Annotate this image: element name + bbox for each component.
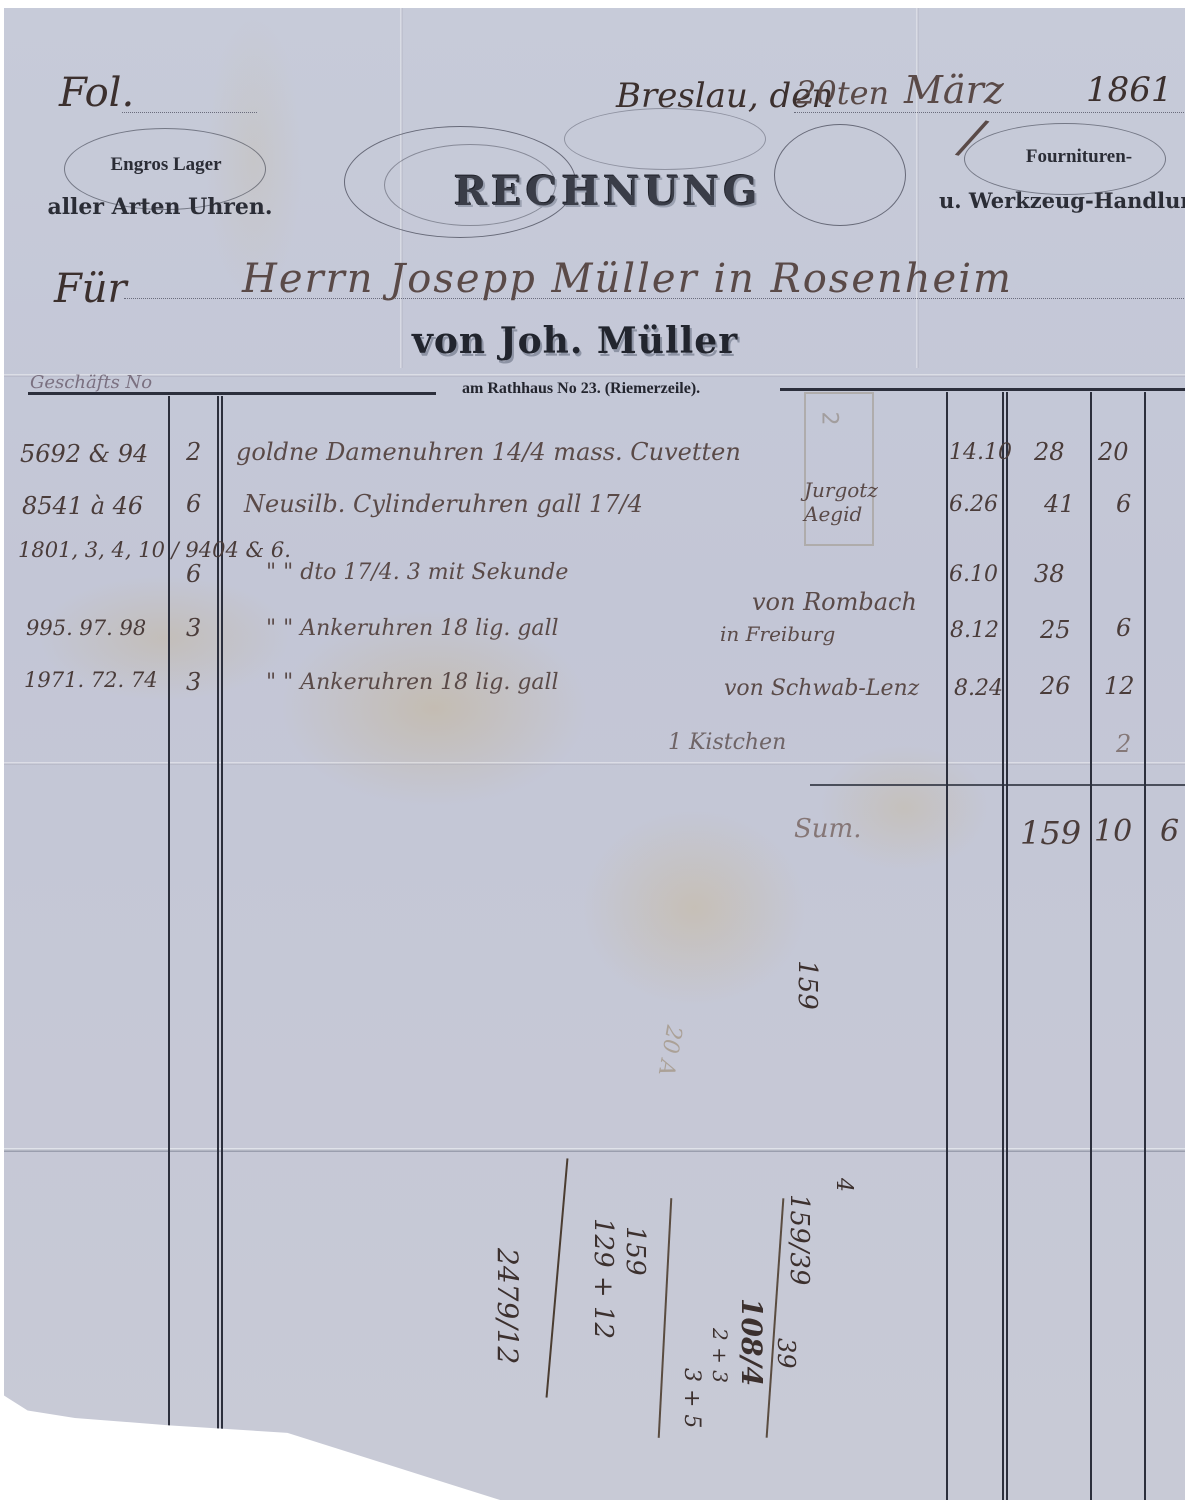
calc-note: 159: [620, 1226, 650, 1276]
folio-label: Fol.: [59, 70, 134, 116]
calc-note: 2 + 3: [708, 1328, 732, 1383]
flourish: [564, 108, 766, 170]
amount-thaler: 38: [1034, 560, 1065, 588]
supplier-note: von Rombach: [752, 588, 917, 616]
column-rule: [1090, 392, 1092, 1500]
emblem-right-line2: u. Werkzeug-Handlung.: [939, 188, 1185, 213]
calc-rule: [658, 1198, 672, 1438]
column-header-article-no: Geschäfts No: [30, 372, 152, 393]
quantity: 3: [186, 668, 201, 696]
unit-price: 8.12: [950, 618, 999, 643]
unit-price: 6.26: [949, 492, 998, 517]
amount-silbergroschen: 12: [1104, 672, 1135, 700]
total-pfennig: 6: [1160, 814, 1179, 849]
quantity: 6: [186, 490, 201, 518]
calc-rule: [546, 1158, 569, 1397]
article-no: 5692 & 94: [20, 440, 148, 468]
amount-thaler: 26: [1040, 672, 1071, 700]
date-day: 20ten: [796, 74, 889, 112]
unit-price: 14.10: [949, 440, 1012, 465]
amount-thaler: 41: [1044, 490, 1075, 518]
fold-line: [4, 374, 1185, 377]
quantity: 2: [186, 438, 201, 466]
description: " " Ankeruhren 18 lig. gall: [266, 616, 559, 641]
quantity: 3: [186, 614, 201, 642]
description: Neusilb. Cylinderuhren gall 17/4: [244, 490, 643, 518]
quantity: 6: [186, 560, 201, 588]
emblem-left-line1: Engros Lager: [76, 154, 256, 176]
supplier-note: von Schwab-Lenz: [724, 676, 919, 701]
amount-thaler: 28: [1034, 438, 1065, 466]
total-thaler: 159: [1020, 814, 1081, 852]
date-year: 1861: [1086, 70, 1173, 110]
date-line: [794, 112, 1185, 113]
description: goldne Damenuhren 14/4 mass. Cuvetten: [236, 438, 741, 466]
calc-note: 129 + 12: [588, 1218, 618, 1339]
recipient-name: Herrn Josepp Müller in Rosenheim: [242, 256, 1013, 302]
column-rule: [1006, 392, 1008, 1500]
supplier-note: in Freiburg: [720, 622, 835, 646]
description: 1 Kistchen: [668, 730, 786, 755]
column-rule: [1144, 392, 1146, 1500]
description: " " Ankeruhren 18 lig. gall: [266, 670, 559, 695]
amount-silbergroschen: 6: [1116, 490, 1131, 518]
vendor-name: von Joh. Müller: [412, 320, 738, 362]
amount-silbergroschen: 2: [1116, 730, 1131, 758]
unit-price: 8.24: [954, 676, 1003, 701]
calc-note: 39: [772, 1338, 800, 1369]
fold-line: [4, 762, 1185, 765]
stamp-mark: 2: [817, 412, 842, 426]
vendor-address: am Rathhaus No 23. (Riemerzeile).: [462, 380, 700, 398]
fold-line: [4, 1148, 1185, 1152]
folio-line: [122, 112, 257, 113]
calc-note: 2479/12: [491, 1248, 524, 1364]
article-no: 995. 97. 98: [26, 616, 146, 640]
unit-price: 6.10: [949, 562, 998, 587]
calc-rule: [766, 1198, 784, 1438]
article-no: 1801, 3, 4, 10 / 9404 & 6.: [18, 536, 291, 564]
date-month: März: [904, 68, 1004, 112]
amount-thaler: 25: [1040, 616, 1071, 644]
calc-note: 159/39: [784, 1194, 814, 1285]
header-rule: [780, 388, 1185, 391]
emblem-left-line2: aller Arten Uhren.: [42, 194, 278, 220]
column-rule: [946, 392, 948, 1500]
total-silbergroschen: 10: [1094, 814, 1132, 849]
total-rule: [810, 784, 1185, 786]
supplier-note: Jurgotz Aegid: [804, 478, 894, 526]
amount-silbergroschen: 20: [1098, 438, 1129, 466]
fold-line: [916, 8, 919, 368]
column-rule: [1002, 392, 1004, 1500]
margin-note: 159: [792, 960, 822, 1010]
pencil-note: 20 A: [653, 1023, 686, 1077]
document-title: RECHNUNG: [454, 168, 762, 215]
description: " " dto 17/4. 3 mit Sekunde: [266, 560, 568, 585]
flourish: [774, 124, 906, 226]
invoice-paper: Fol. Breslau, den 20ten März 1861 Engros…: [4, 8, 1185, 1500]
amount-silbergroschen: 6: [1116, 614, 1131, 642]
total-label: Sum.: [794, 814, 861, 844]
article-no: 1971. 72. 74: [24, 668, 158, 692]
emblem-right-line1: Fournituren-: [994, 146, 1164, 168]
calc-note: 3 + 5: [679, 1368, 704, 1428]
article-no: 8541 à 46: [22, 492, 143, 520]
calc-note: 108/4: [735, 1298, 768, 1386]
recipient-label: Für: [54, 266, 127, 312]
calc-note: 4: [831, 1178, 856, 1192]
